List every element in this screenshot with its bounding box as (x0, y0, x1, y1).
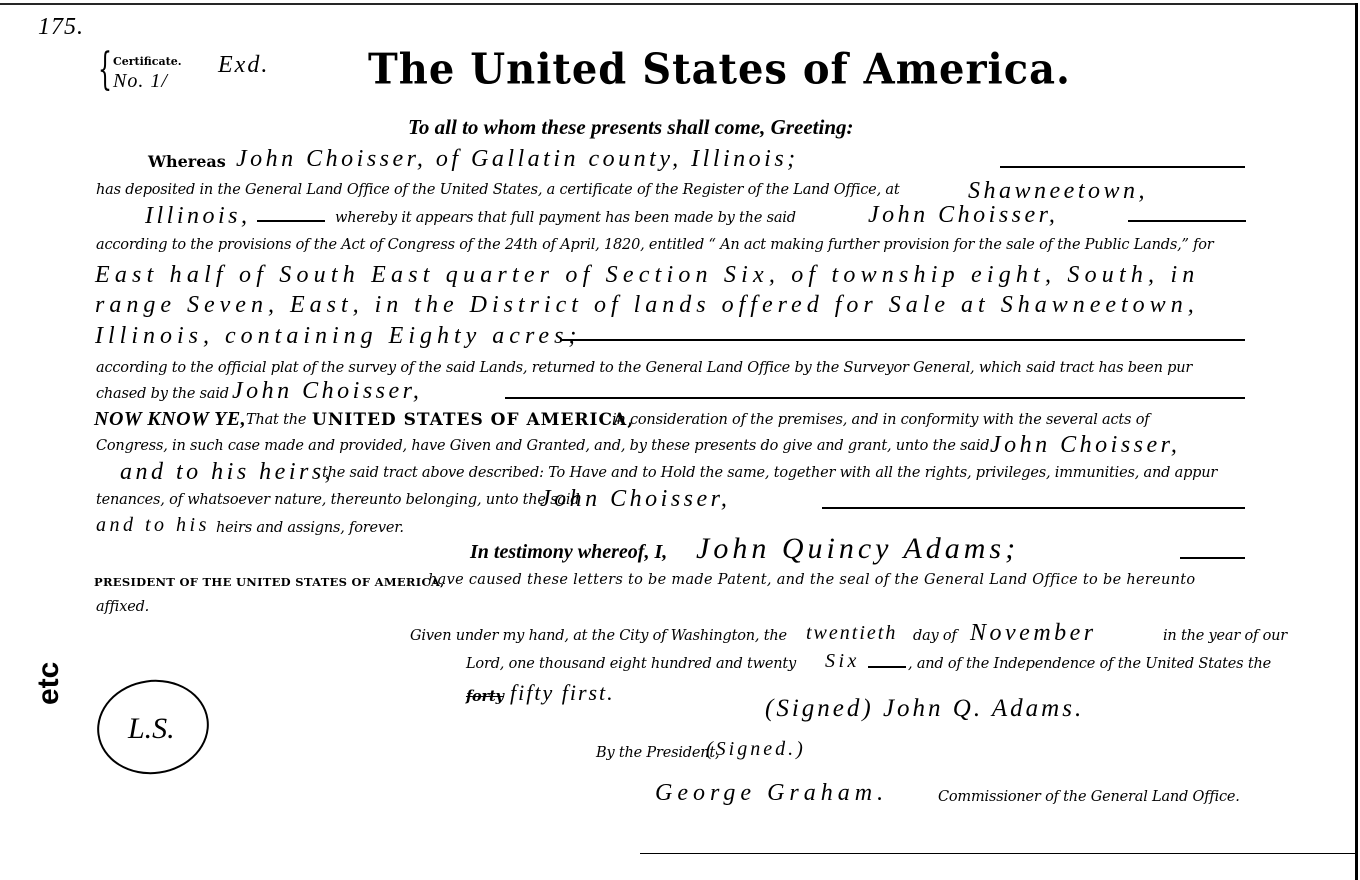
right-border (1355, 3, 1358, 880)
text-line: heirs and assigns, forever. (216, 520, 404, 536)
document-title: The United States of America. (368, 45, 1071, 94)
day-value: twentieth (806, 622, 897, 645)
text-line: Congress, in such case made and provided… (96, 438, 989, 454)
whereas: Whereas (148, 152, 226, 171)
usa-caps: UNITED STATES OF AMERICA, (312, 410, 634, 430)
text-line: day of (913, 628, 957, 644)
grantee-name: John Choisser, (990, 432, 1180, 459)
land-description: East half of South East quarter of Secti… (95, 262, 1200, 289)
text-line: By the President, (596, 745, 719, 761)
text-line: tenances, of whatsoever nature, thereunt… (96, 492, 579, 508)
fill-rule (1180, 557, 1245, 559)
text-line: Given under my hand, at the City of Wash… (410, 628, 787, 644)
seal-text: L.S. (128, 712, 175, 746)
fill-rule (868, 666, 906, 668)
bottom-rule (640, 853, 1355, 854)
greeting: To all to whom these presents shall come… (408, 115, 854, 140)
text-line: chased by the said (96, 386, 229, 402)
top-border (0, 3, 1356, 5)
text-line: affixed. (96, 599, 149, 615)
independence-year: fifty first. (510, 680, 615, 706)
brace: { (98, 48, 112, 92)
commissioner-title: Commissioner of the General Land Office. (938, 789, 1240, 805)
month-value: November (970, 620, 1097, 647)
land-office-state: Illinois, (145, 203, 251, 230)
grantee-name: John Choisser, (540, 486, 730, 513)
text-line: the said tract above described: To Have … (322, 465, 1217, 481)
text-line: according to the provisions of the Act o… (96, 237, 1214, 253)
president-name: John Quincy Adams; (696, 532, 1019, 566)
testimony-clause: In testimony whereof, I, (470, 541, 667, 564)
text-line: Lord, one thousand eight hundred and twe… (466, 656, 796, 672)
text-line: has deposited in the General Land Office… (96, 182, 899, 198)
fill-rule (1128, 220, 1246, 222)
president-title: PRESIDENT OF THE UNITED STATES OF AMERIC… (94, 575, 444, 589)
text-line: whereby it appears that full payment has… (335, 210, 796, 226)
land-office-location: Shawneetown, (968, 178, 1148, 205)
signed-note: (Signed.) (706, 738, 806, 761)
text-line: in the year of our (1163, 628, 1287, 644)
fill-rule (1000, 166, 1245, 168)
heirs-clause: and to his heirs, (120, 459, 334, 486)
grantee-name-county: John Choisser, of Gallatin county, Illin… (236, 146, 799, 173)
text-line: according to the official plat of the su… (96, 360, 1192, 376)
year-value: Six (825, 650, 860, 673)
fill-rule (505, 397, 1245, 399)
now-know-ye: NOW KNOW YE, (94, 408, 246, 431)
land-description: range Seven, East, in the District of la… (95, 292, 1199, 319)
certificate-number: No. 1/ (113, 70, 168, 93)
president-signature: (Signed) John Q. Adams. (765, 695, 1084, 723)
fill-rule (560, 339, 1245, 341)
land-patent-document: 175. { Certificate. No. 1/ Exd. The Unit… (0, 0, 1360, 880)
certificate-label: Certificate. (113, 55, 182, 68)
margin-note: etc (32, 662, 66, 705)
land-acreage: Illinois, containing Eighty acres; (95, 323, 581, 350)
page-number: 175. (38, 14, 84, 41)
commissioner-signature: George Graham. (655, 780, 888, 807)
heirs-clause: and to his (96, 514, 210, 537)
purchaser-name: John Choisser, (232, 378, 422, 405)
text-line: That the (246, 412, 306, 428)
text-line: have caused these letters to be made Pat… (428, 572, 1195, 588)
fill-rule (257, 220, 325, 222)
text-line: , and of the Independence of the United … (908, 656, 1271, 672)
text-line: in consideration of the premises, and in… (612, 412, 1149, 428)
struck-text: forty (466, 688, 504, 705)
fill-rule (822, 507, 1245, 509)
certificate-annotation: Exd. (218, 52, 269, 79)
payer-name: John Choisser, (868, 202, 1058, 229)
